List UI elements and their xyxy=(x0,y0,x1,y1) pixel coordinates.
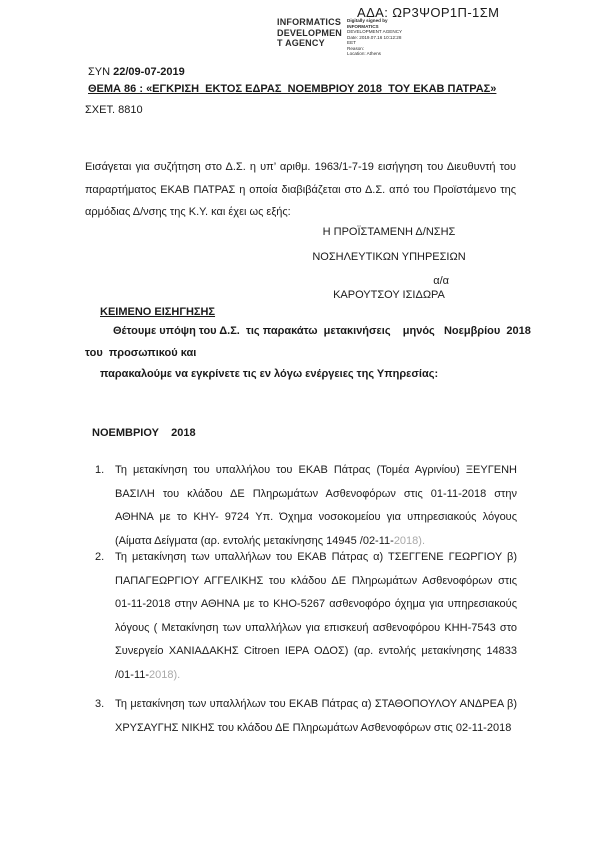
item-body: Τη μετακίνηση του υπαλλήλου του ΕΚΑΒ Πάτ… xyxy=(115,464,517,547)
signatory-title-line2: ΝΟΣΗΛΕΥΤΙΚΩΝ ΥΠΗΡΕΣΙΩΝ xyxy=(303,251,475,264)
signatory-name: ΚΑΡΟΥΤΣΟΥ ΙΣΙΔΩΡΑ xyxy=(303,289,475,302)
signatory-title-line1: Η ΠΡΟΪΣΤΑΜΕΝΗ Δ/ΝΣΗΣ xyxy=(303,226,475,239)
session-prefix: ΣΥΝ xyxy=(88,66,113,78)
item-number: 3. xyxy=(95,693,115,740)
signatory-by-proxy: α/α xyxy=(303,275,475,288)
list-item-3: 3. Τη μετακίνηση των υπαλλήλων του ΕΚΑΒ … xyxy=(95,693,517,740)
digital-signature-stamp: INFORMATICS DEVELOPMEN T AGENCY Digitall… xyxy=(277,17,402,57)
item-tail-gray: 2018). xyxy=(149,669,180,681)
signer-agency-name: INFORMATICS DEVELOPMEN T AGENCY xyxy=(277,17,342,57)
intro-paragraph: Εισάγεται για συζήτηση στο Δ.Σ. η υπ’ αρ… xyxy=(85,156,516,224)
item-text: Τη μετακίνηση του υπαλλήλου του ΕΚΑΒ Πάτ… xyxy=(115,459,517,553)
list-item-1: 1. Τη μετακίνηση του υπαλλήλου του ΕΚΑΒ … xyxy=(95,459,517,553)
signature-details: Digitally signed by INFORMATICS DEVELOPM… xyxy=(347,17,402,57)
item-number: 1. xyxy=(95,459,115,553)
agency-line: DEVELOPMEN xyxy=(277,28,342,38)
signature-line: Location: Athens xyxy=(347,51,381,56)
item-tail-gray: 2018). xyxy=(394,535,425,547)
item-body: Τη μετακίνηση των υπαλλήλων του ΕΚΑΒ Πάτ… xyxy=(115,698,517,734)
signature-line: Reason: xyxy=(347,46,364,51)
signature-line: DEVELOPMENT AGENCY xyxy=(347,29,402,34)
recommendation-line2: του προσωπικού και xyxy=(85,347,196,359)
recommendation-line1: Θέτουμε υπόψη του Δ.Σ. τις παρακάτω μετα… xyxy=(85,325,516,337)
subject-line: ΘΕΜΑ 86 : «ΕΓΚΡΙΣΗ ΕΚΤΟΣ ΕΔΡΑΣ ΝΟΕΜΒΡΙΟΥ… xyxy=(88,83,496,95)
signature-line: INFORMATICS xyxy=(347,24,379,29)
agency-line: INFORMATICS xyxy=(277,17,341,27)
month-heading: ΝΟΕΜΒΡΙΟΥ 2018 xyxy=(92,427,196,439)
recommendation-heading: ΚΕΙΜΕΝΟ ΕΙΣΗΓΗΣΗΣ xyxy=(100,306,215,318)
item-number: 2. xyxy=(95,546,115,687)
document-page: ΑΔΑ: ΩΡ3ΨΟΡ1Π-1ΣΜ INFORMATICS DEVELOPMEN… xyxy=(0,0,595,842)
session-line: ΣΥΝ 22/09-07-2019 xyxy=(88,66,185,78)
signature-line: Date: 2019.07.16 10:12:28 xyxy=(347,35,401,40)
list-item-2: 2. Τη μετακίνηση των υπαλλήλων του ΕΚΑΒ … xyxy=(95,546,517,687)
signature-line: EET xyxy=(347,40,356,45)
session-number: 22/09-07-2019 xyxy=(113,66,185,78)
signature-line: Digitally signed by xyxy=(347,18,388,23)
item-body: Τη μετακίνηση των υπαλλήλων του ΕΚΑΒ Πάτ… xyxy=(115,551,517,681)
reference-number: ΣΧΕΤ. 8810 xyxy=(85,104,143,116)
item-text: Τη μετακίνηση των υπαλλήλων του ΕΚΑΒ Πάτ… xyxy=(115,693,517,740)
signatory-block: Η ΠΡΟΪΣΤΑΜΕΝΗ Δ/ΝΣΗΣ ΝΟΣΗΛΕΥΤΙΚΩΝ ΥΠΗΡΕΣ… xyxy=(303,226,475,302)
item-text: Τη μετακίνηση των υπαλλήλων του ΕΚΑΒ Πάτ… xyxy=(115,546,517,687)
recommendation-line3: παρακαλούμε να εγκρίνετε τις εν λόγω ενέ… xyxy=(100,368,438,380)
agency-line: T AGENCY xyxy=(277,38,325,48)
